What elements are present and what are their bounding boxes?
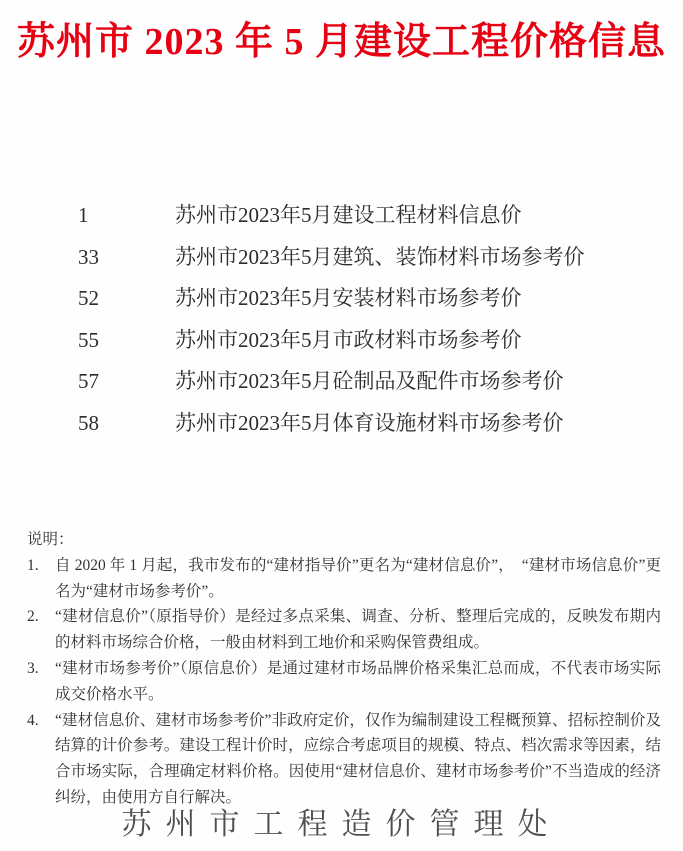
note-text: 自 2020 年 1 月起，我市发布的“建材指导价”更名为“建材信息价”， “建…	[55, 553, 661, 605]
notes-section: 说明： 1. 自 2020 年 1 月起，我市发布的“建材指导价”更名为“建材信…	[27, 527, 661, 811]
toc-row: 33 苏州市2023年5月建筑、装饰材料市场参考价	[78, 241, 663, 265]
toc-entry-label: 苏州市2023年5月砼制品及配件市场参考价	[175, 365, 663, 395]
notes-heading: 说明：	[27, 527, 661, 553]
table-of-contents: 1 苏州市2023年5月建设工程材料信息价 33 苏州市2023年5月建筑、装饰…	[78, 199, 663, 448]
toc-page-number: 57	[78, 369, 175, 394]
toc-row: 1 苏州市2023年5月建设工程材料信息价	[78, 199, 663, 223]
toc-row: 57 苏州市2023年5月砼制品及配件市场参考价	[78, 365, 663, 389]
toc-entry-label: 苏州市2023年5月建筑、装饰材料市场参考价	[175, 241, 663, 271]
page-title: 苏州市 2023 年 5 月建设工程价格信息	[0, 10, 683, 65]
note-number: 3.	[27, 656, 55, 682]
note-number: 2.	[27, 604, 55, 630]
note-number: 1.	[27, 553, 55, 579]
note-text: “建材市场参考价”（原信息价）是通过建材市场品牌价格采集汇总而成，不代表市场实际…	[55, 656, 661, 708]
document-page: 苏州市 2023 年 5 月建设工程价格信息 1 苏州市2023年5月建设工程材…	[0, 0, 683, 851]
toc-page-number: 52	[78, 286, 175, 311]
toc-entry-label: 苏州市2023年5月建设工程材料信息价	[175, 199, 663, 229]
note-item: 3. “建材市场参考价”（原信息价）是通过建材市场品牌价格采集汇总而成，不代表市…	[27, 656, 661, 708]
note-item: 2. “建材信息价”（原指导价）是经过多点采集、调查、分析、整理后完成的，反映发…	[27, 604, 661, 656]
toc-row: 55 苏州市2023年5月市政材料市场参考价	[78, 324, 663, 348]
note-item: 4. “建材信息价、建材市场参考价”非政府定价，仅作为编制建设工程概预算、招标控…	[27, 708, 661, 811]
toc-entry-label: 苏州市2023年5月安装材料市场参考价	[175, 282, 663, 312]
toc-page-number: 1	[78, 203, 175, 228]
toc-row: 58 苏州市2023年5月体育设施材料市场参考价	[78, 407, 663, 431]
note-number: 4.	[27, 708, 55, 734]
toc-page-number: 58	[78, 411, 175, 436]
note-text: “建材信息价”（原指导价）是经过多点采集、调查、分析、整理后完成的，反映发布期内…	[55, 604, 661, 656]
note-item: 1. 自 2020 年 1 月起，我市发布的“建材指导价”更名为“建材信息价”，…	[27, 553, 661, 605]
toc-row: 52 苏州市2023年5月安装材料市场参考价	[78, 282, 663, 306]
note-text: “建材信息价、建材市场参考价”非政府定价，仅作为编制建设工程概预算、招标控制价及…	[55, 708, 661, 811]
toc-entry-label: 苏州市2023年5月体育设施材料市场参考价	[175, 407, 663, 437]
toc-page-number: 55	[78, 328, 175, 353]
toc-page-number: 33	[78, 245, 175, 270]
toc-entry-label: 苏州市2023年5月市政材料市场参考价	[175, 324, 663, 354]
publisher-footer: 苏州市工程造价管理处	[0, 799, 683, 843]
